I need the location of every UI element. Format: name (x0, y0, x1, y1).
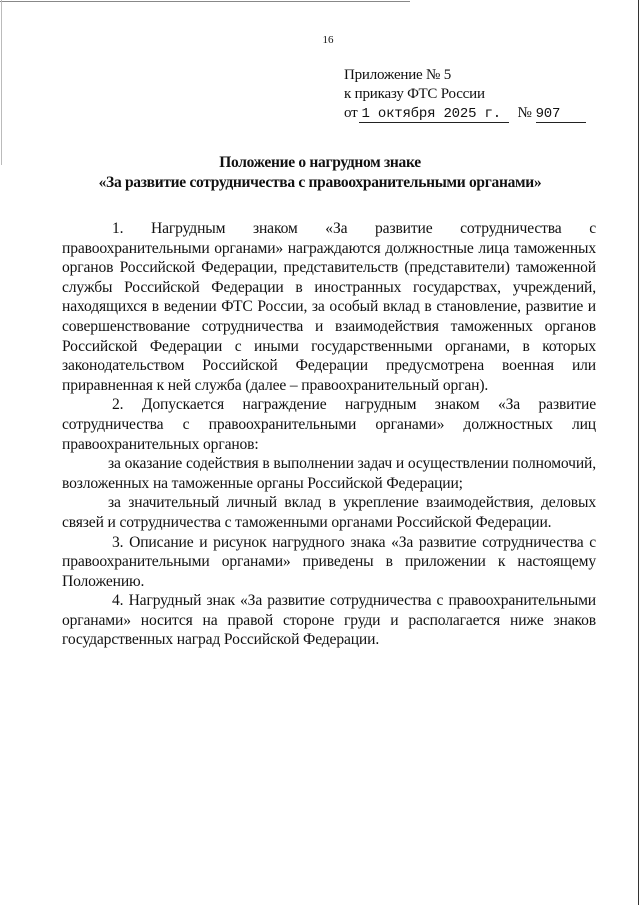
annex-title: Приложение № 5 (344, 66, 586, 85)
paragraph-2: 2. Допускается награждение нагрудным зна… (62, 395, 596, 454)
paragraph-1: 1. Нагрудным знаком «За развитие сотрудн… (62, 219, 596, 395)
paragraph-3: 3. Описание и рисунок нагрудного знака «… (62, 533, 596, 592)
scan-edge-top (0, 1, 410, 2)
title-line-1: Положение о нагрудном знаке (60, 153, 580, 173)
paragraph-2-item-2: за значительный личный вклад в укреплени… (62, 493, 596, 532)
number-sign: № (517, 105, 531, 121)
date-prefix: от (344, 105, 357, 121)
paragraph-4: 4. Нагрудный знак «За развитие сотруднич… (62, 591, 596, 650)
annex-header: Приложение № 5 к приказу ФТС России от1 … (344, 66, 586, 123)
scan-edge-right (638, 0, 639, 905)
annex-order-ref: к приказу ФТС России (344, 85, 586, 104)
document-title: Положение о нагрудном знаке «За развитие… (60, 153, 580, 193)
title-line-2: «За развитие сотрудничества с правоохран… (60, 173, 580, 193)
order-number: 907 (536, 106, 586, 123)
document-page: 16 Приложение № 5 к приказу ФТС России о… (0, 0, 640, 905)
order-date: 1 октября 2025 г. (359, 106, 509, 123)
paragraph-2-item-1: за оказание содействия в выполнении зада… (62, 454, 596, 493)
page-number: 16 (318, 34, 338, 46)
scan-edge-left (1, 0, 2, 165)
annex-date-number-row: от1 октября 2025 г.№907 (344, 104, 586, 123)
document-body: 1. Нагрудным знаком «За развитие сотрудн… (62, 219, 596, 650)
